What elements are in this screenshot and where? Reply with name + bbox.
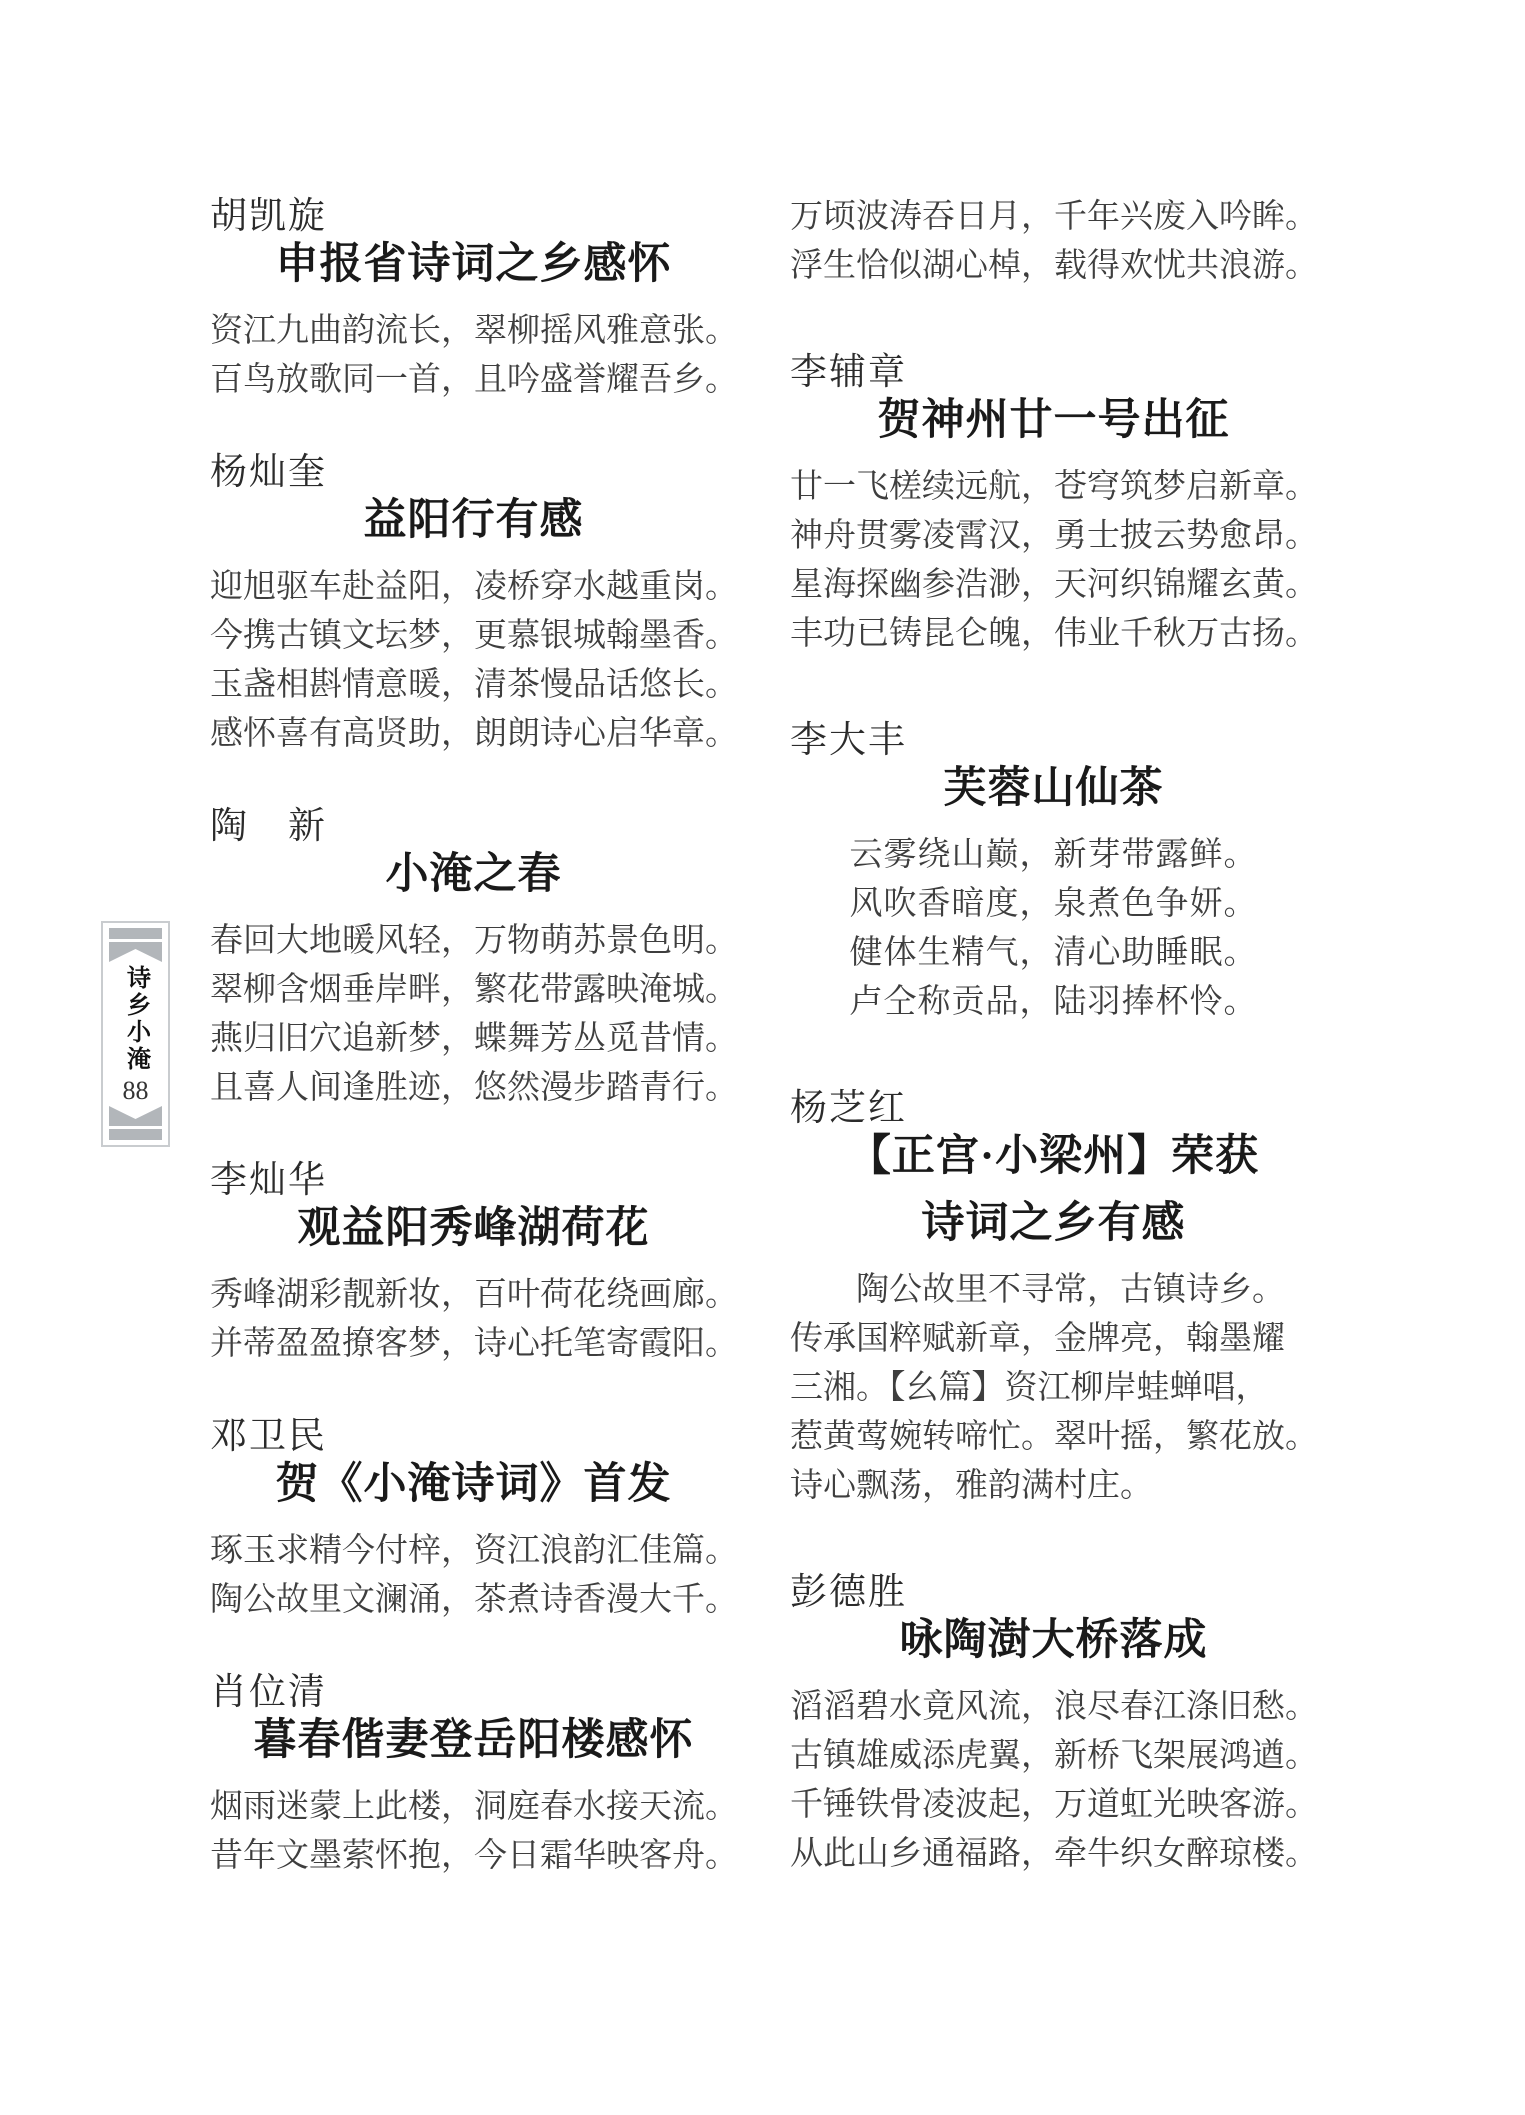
poem-title: 观益阳秀峰湖荷花 [210,1204,737,1254]
verse-line: 陶公故里不寻常，古镇诗乡。 [790,1266,1317,1315]
poem-author: 杨芝红 [790,1085,1317,1132]
verse-line: 健体生精气，清心助睡眠。 [790,929,1317,978]
poem-verse: 烟雨迷蒙上此楼，洞庭春水接天流。昔年文墨萦怀抱，今日霜华映客舟。 [210,1783,737,1881]
poem-author: 邓卫民 [210,1413,737,1460]
poem-verse: 廿一飞槎续远航，苍穹筑梦启新章。神舟贯雾凌霄汉，勇士披云势愈昂。星海探幽参浩渺，… [790,463,1317,659]
poem-title: 申报省诗词之乡感怀 [210,240,737,290]
poem-section: 李灿华观益阳秀峰湖荷花秀峰湖彩靓新妆，百叶荷花绕画廊。并蒂盈盈撩客梦，诗心托笔寄… [210,1157,737,1369]
verse-line: 千锤铁骨凌波起，万道虹光映客游。 [790,1781,1317,1830]
verse-line: 星海探幽参浩渺，天河织锦耀玄黄。 [790,561,1317,610]
poem-verse: 春回大地暖风轻，万物萌苏景色明。翠柳含烟垂岸畔，繁花带露映淹城。燕归旧穴追新梦，… [210,917,737,1113]
poem-section: 彭德胜咏陶澍大桥落成滔滔碧水竟风流，浪尽春江涤旧愁。古镇雄威添虎翼，新桥飞架展鸿… [790,1569,1317,1879]
poem-title: 咏陶澍大桥落成 [790,1616,1317,1666]
poem-title: 【正宫·小梁州】荣获 [790,1132,1317,1182]
poem-author: 肖位清 [210,1669,737,1716]
poem-section: 陶 新小淹之春春回大地暖风轻，万物萌苏景色明。翠柳含烟垂岸畔，繁花带露映淹城。燕… [210,803,737,1113]
verse-line: 卢仝称贡品，陆羽捧杯怜。 [790,978,1317,1027]
poem-author: 李灿华 [210,1157,737,1204]
verse-line: 惹黄莺婉转啼忙。翠叶摇，繁花放。 [790,1413,1317,1462]
verse-line: 陶公故里文澜涌，茶煮诗香漫大千。 [210,1576,737,1625]
verse-line: 从此山乡通福路，牵牛织女醉琼楼。 [790,1830,1317,1879]
verse-line: 昔年文墨萦怀抱，今日霜华映客舟。 [210,1832,737,1881]
poem-title: 贺神州廿一号出征 [790,396,1317,446]
poem-section: 胡凯旋申报省诗词之乡感怀资江九曲韵流长，翠柳摇风雅意张。百鸟放歌同一首，且吟盛誉… [210,193,737,405]
poem-section: 李大丰芙蓉山仙茶云雾绕山巅，新芽带露鲜。风吹香暗度，泉煮色争妍。健体生精气，清心… [790,717,1317,1027]
marker-label-area: 诗乡小淹 88 [109,962,162,1106]
marker-ribbon-top-icon [109,942,162,962]
verse-line: 古镇雄威添虎翼，新桥飞架展鸿遒。 [790,1732,1317,1781]
page-marker: 诗乡小淹 88 [101,921,170,1147]
poem-author: 胡凯旋 [210,193,737,240]
poem-section: 杨芝红【正宫·小梁州】荣获诗词之乡有感陶公故里不寻常，古镇诗乡。传承国粹赋新章，… [790,1085,1317,1511]
verse-line: 廿一飞槎续远航，苍穹筑梦启新章。 [790,463,1317,512]
verse-line: 诗心飘荡，雅韵满村庄。 [790,1462,1317,1511]
poem-author: 彭德胜 [790,1569,1317,1616]
poem-author: 李大丰 [790,717,1317,764]
verse-line: 风吹香暗度，泉煮色争妍。 [790,880,1317,929]
verse-line: 秀峰湖彩靓新妆，百叶荷花绕画廊。 [210,1271,737,1320]
page-number: 88 [123,1078,149,1104]
verse-line: 神舟贯雾凌霄汉，勇士披云势愈昂。 [790,512,1317,561]
poem-section: 邓卫民贺《小淹诗词》首发琢玉求精今付梓，资江浪韵汇佳篇。陶公故里文澜涌，茶煮诗香… [210,1413,737,1625]
poem-title: 小淹之春 [210,850,737,900]
poem-verse: 迎旭驱车赴益阳，凌桥穿水越重岗。今携古镇文坛梦，更慕银城翰墨香。玉盏相斟情意暖，… [210,563,737,759]
verse-line: 翠柳含烟垂岸畔，繁花带露映淹城。 [210,966,737,1015]
verse-line: 传承国粹赋新章，金牌亮，翰墨耀 [790,1315,1317,1364]
verse-line: 烟雨迷蒙上此楼，洞庭春水接天流。 [210,1783,737,1832]
verse-line: 万顷波涛吞日月，千年兴废入吟眸。 [790,193,1317,242]
poem-section: 肖位清暮春偕妻登岳阳楼感怀烟雨迷蒙上此楼，洞庭春水接天流。昔年文墨萦怀抱，今日霜… [210,1669,737,1881]
poem-verse: 陶公故里不寻常，古镇诗乡。传承国粹赋新章，金牌亮，翰墨耀三湘。【幺篇】资江柳岸蛙… [790,1266,1317,1511]
verse-line: 浮生恰似湖心棹，载得欢忧共浪游。 [790,242,1317,291]
poem-verse: 滔滔碧水竟风流，浪尽春江涤旧愁。古镇雄威添虎翼，新桥飞架展鸿遒。千锤铁骨凌波起，… [790,1683,1317,1879]
marker-series-label: 诗乡小淹 [124,965,148,1073]
poem-verse: 云雾绕山巅，新芽带露鲜。风吹香暗度，泉煮色争妍。健体生精气，清心助睡眠。卢仝称贡… [790,831,1317,1027]
poem-title: 益阳行有感 [210,496,737,546]
verse-line: 丰功已铸昆仑魄，伟业千秋万古扬。 [790,610,1317,659]
poem-title: 贺《小淹诗词》首发 [210,1460,737,1510]
verse-line: 滔滔碧水竟风流，浪尽春江涤旧愁。 [790,1683,1317,1732]
verse-line: 资江九曲韵流长，翠柳摇风雅意张。 [210,307,737,356]
verse-line: 春回大地暖风轻，万物萌苏景色明。 [210,917,737,966]
verse-line: 百鸟放歌同一首，且吟盛誉耀吾乡。 [210,356,737,405]
marker-top-bar [109,928,162,939]
poem-verse: 资江九曲韵流长，翠柳摇风雅意张。百鸟放歌同一首，且吟盛誉耀吾乡。 [210,307,737,405]
marker-bottom-bar [109,1129,162,1140]
poem-section: 杨灿奎益阳行有感迎旭驱车赴益阳，凌桥穿水越重岗。今携古镇文坛梦，更慕银城翰墨香。… [210,449,737,759]
poem-title: 诗词之乡有感 [790,1199,1317,1249]
verse-line: 琢玉求精今付梓，资江浪韵汇佳篇。 [210,1527,737,1576]
verse-line: 燕归旧穴追新梦，蝶舞芳丛觅昔情。 [210,1015,737,1064]
verse-line: 并蒂盈盈撩客梦，诗心托笔寄霞阳。 [210,1320,737,1369]
verse-line: 玉盏相斟情意暖，清茶慢品话悠长。 [210,661,737,710]
poem-title: 暮春偕妻登岳阳楼感怀 [210,1716,737,1766]
poem-section: 万顷波涛吞日月，千年兴废入吟眸。浮生恰似湖心棹，载得欢忧共浪游。 [790,193,1317,291]
poem-section: 李辅章贺神州廿一号出征廿一飞槎续远航，苍穹筑梦启新章。神舟贯雾凌霄汉，勇士披云势… [790,349,1317,659]
poem-author: 李辅章 [790,349,1317,396]
poem-title: 芙蓉山仙茶 [790,764,1317,814]
poem-verse: 琢玉求精今付梓，资江浪韵汇佳篇。陶公故里文澜涌，茶煮诗香漫大千。 [210,1527,737,1625]
poem-author: 杨灿奎 [210,449,737,496]
marker-ribbon-bottom-icon [109,1106,162,1126]
verse-line: 感怀喜有高贤助，朗朗诗心启华章。 [210,710,737,759]
verse-line: 三湘。【幺篇】资江柳岸蛙蝉唱， [790,1364,1317,1413]
poem-verse: 万顷波涛吞日月，千年兴废入吟眸。浮生恰似湖心棹，载得欢忧共浪游。 [790,193,1317,291]
verse-line: 今携古镇文坛梦，更慕银城翰墨香。 [210,612,737,661]
left-column: 胡凯旋申报省诗词之乡感怀资江九曲韵流长，翠柳摇风雅意张。百鸟放歌同一首，且吟盛誉… [210,193,737,1881]
verse-line: 且喜人间逢胜迹，悠然漫步踏青行。 [210,1064,737,1113]
poem-author: 陶 新 [210,803,737,850]
verse-line: 云雾绕山巅，新芽带露鲜。 [790,831,1317,880]
right-column: 万顷波涛吞日月，千年兴废入吟眸。浮生恰似湖心棹，载得欢忧共浪游。李辅章贺神州廿一… [790,193,1317,1881]
page-content: 胡凯旋申报省诗词之乡感怀资江九曲韵流长，翠柳摇风雅意张。百鸟放歌同一首，且吟盛誉… [210,193,1317,1881]
poem-verse: 秀峰湖彩靓新妆，百叶荷花绕画廊。并蒂盈盈撩客梦，诗心托笔寄霞阳。 [210,1271,737,1369]
verse-line: 迎旭驱车赴益阳，凌桥穿水越重岗。 [210,563,737,612]
